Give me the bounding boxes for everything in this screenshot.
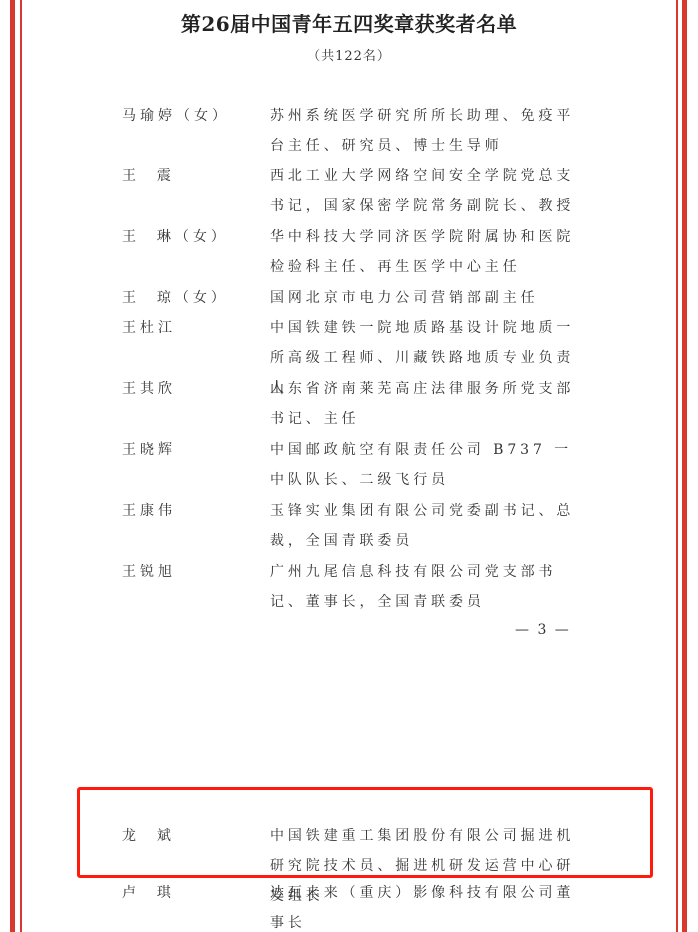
right-border-thick [682,0,687,932]
right-border-thin [676,0,678,932]
awardee-name: 王锐旭 [122,557,176,587]
awardee-name: 王其欣 [122,374,176,404]
awardee-name: 王 琼（女） [122,283,229,313]
awardee-name: 王杜江 [122,313,176,343]
document-title: 第26届中国青年五四奖章获奖者名单 [0,8,698,37]
awardee-description: 国网北京市电力公司营销部副主任 [270,283,588,313]
page-number: — 3 — [515,622,571,638]
highlight-box [77,787,653,878]
awardee-name: 王晓辉 [122,435,176,465]
awardee-name: 王 震 [122,161,175,191]
awardee-description: 苏州系统医学研究所所长助理、免疫平台主任、研究员、博士生导师 [270,101,588,161]
left-border-thin [20,0,22,932]
awardee-description: 玉锋实业集团有限公司党委副书记、总裁，全国青联委员 [270,496,588,556]
awardee-description: 广州九尾信息科技有限公司党支部书记、董事长，全国青联委员 [270,557,588,617]
awardee-name: 王 琳（女） [122,222,229,252]
awardee-description: 山东省济南莱芜高庄法律服务所党支部书记、主任 [270,374,588,434]
awardee-name: 王康伟 [122,496,176,526]
awardee-name: 马瑜婷（女） [122,101,230,131]
awardee-description: 华中科技大学同济医学院附属协和医院检验科主任、再生医学中心主任 [270,222,588,282]
left-border-thick [10,0,15,932]
document-subtitle: （共122名） [0,45,698,64]
awardee-description: 中国邮政航空有限责任公司 B737 一中队队长、二级飞行员 [270,435,588,495]
awardee-description: 西北工业大学网络空间安全学院党总支书记，国家保密学院常务副院长、教授 [270,161,588,221]
awardee-name: 卢 琪 [122,878,175,908]
awardee-description: 达瓦未来（重庆）影像科技有限公司董事长 [270,878,588,932]
